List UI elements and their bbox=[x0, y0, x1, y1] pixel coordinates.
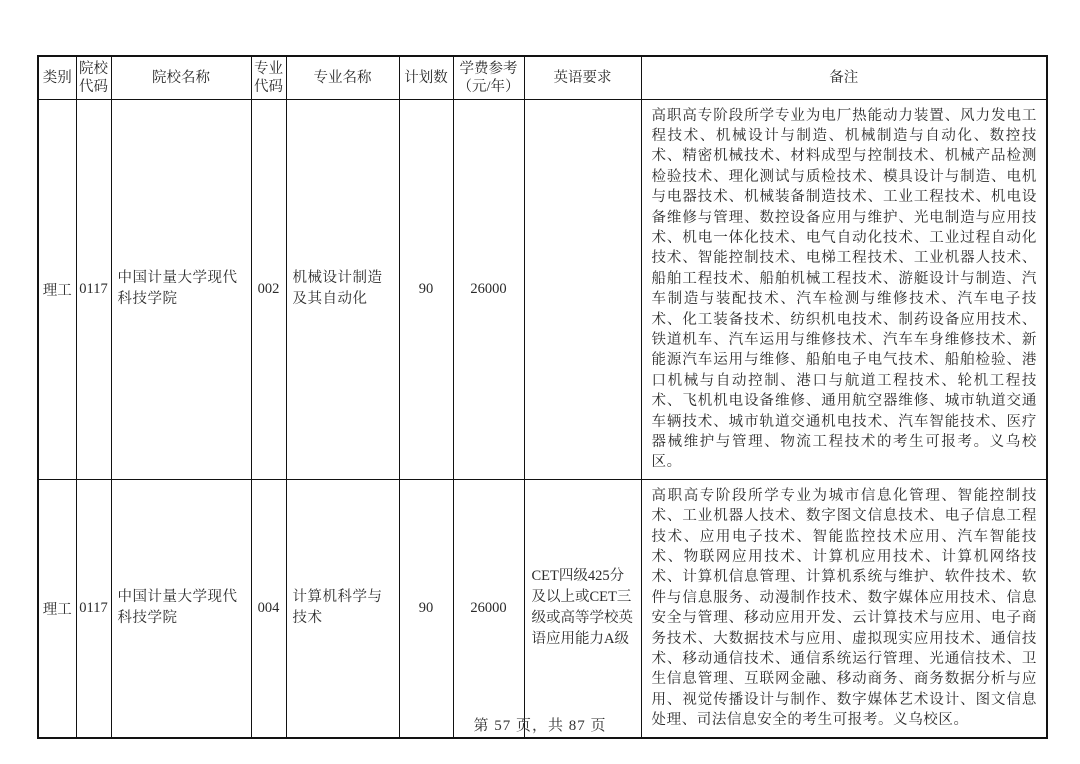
cell-tuition: 26000 bbox=[453, 99, 524, 479]
cell-remark: 高职高专阶段所学专业为城市信息化管理、智能控制技术、工业机器人技术、数字图文信息… bbox=[641, 479, 1047, 737]
document-page: 类别 院校 代码 院校名称 专业 代码 专业名称 计划数 学费参考 （元/年） … bbox=[0, 0, 1080, 764]
admission-plan-table: 类别 院校 代码 院校名称 专业 代码 专业名称 计划数 学费参考 （元/年） … bbox=[37, 55, 1048, 739]
cell-remark: 高职高专阶段所学专业为电厂热能动力装置、风力发电工程技术、机械设计与制造、机械制… bbox=[641, 99, 1047, 479]
cell-major-name: 机械设计制造及其自动化 bbox=[286, 99, 399, 479]
page-number: 第 57 页，共 87 页 bbox=[0, 714, 1080, 735]
cell-major-code: 004 bbox=[251, 479, 286, 737]
table-row: 理工 0117 中国计量大学现代科技学院 002 机械设计制造及其自动化 90 … bbox=[38, 99, 1047, 479]
cell-english-requirement: CET四级425分及以上或CET三级或高等学校英语应用能力A级 bbox=[524, 479, 641, 737]
col-header-college-code: 院校 代码 bbox=[76, 56, 111, 99]
col-header-category: 类别 bbox=[38, 56, 76, 99]
col-header-plan-count: 计划数 bbox=[399, 56, 453, 99]
col-header-remark: 备注 bbox=[641, 56, 1047, 99]
col-header-tuition: 学费参考 （元/年） bbox=[453, 56, 524, 99]
col-header-english-requirement: 英语要求 bbox=[524, 56, 641, 99]
cell-plan-count: 90 bbox=[399, 479, 453, 737]
table-header-row: 类别 院校 代码 院校名称 专业 代码 专业名称 计划数 学费参考 （元/年） … bbox=[38, 56, 1047, 99]
cell-college-name: 中国计量大学现代科技学院 bbox=[111, 479, 251, 737]
cell-plan-count: 90 bbox=[399, 99, 453, 479]
cell-college-code: 0117 bbox=[76, 99, 111, 479]
cell-college-name: 中国计量大学现代科技学院 bbox=[111, 99, 251, 479]
cell-major-code: 002 bbox=[251, 99, 286, 479]
col-header-major-name: 专业名称 bbox=[286, 56, 399, 99]
cell-category: 理工 bbox=[38, 479, 76, 737]
table-row: 理工 0117 中国计量大学现代科技学院 004 计算机科学与技术 90 260… bbox=[38, 479, 1047, 737]
cell-major-name: 计算机科学与技术 bbox=[286, 479, 399, 737]
col-header-college-name: 院校名称 bbox=[111, 56, 251, 99]
cell-college-code: 0117 bbox=[76, 479, 111, 737]
cell-category: 理工 bbox=[38, 99, 76, 479]
cell-tuition: 26000 bbox=[453, 479, 524, 737]
cell-english-requirement bbox=[524, 99, 641, 479]
col-header-major-code: 专业 代码 bbox=[251, 56, 286, 99]
